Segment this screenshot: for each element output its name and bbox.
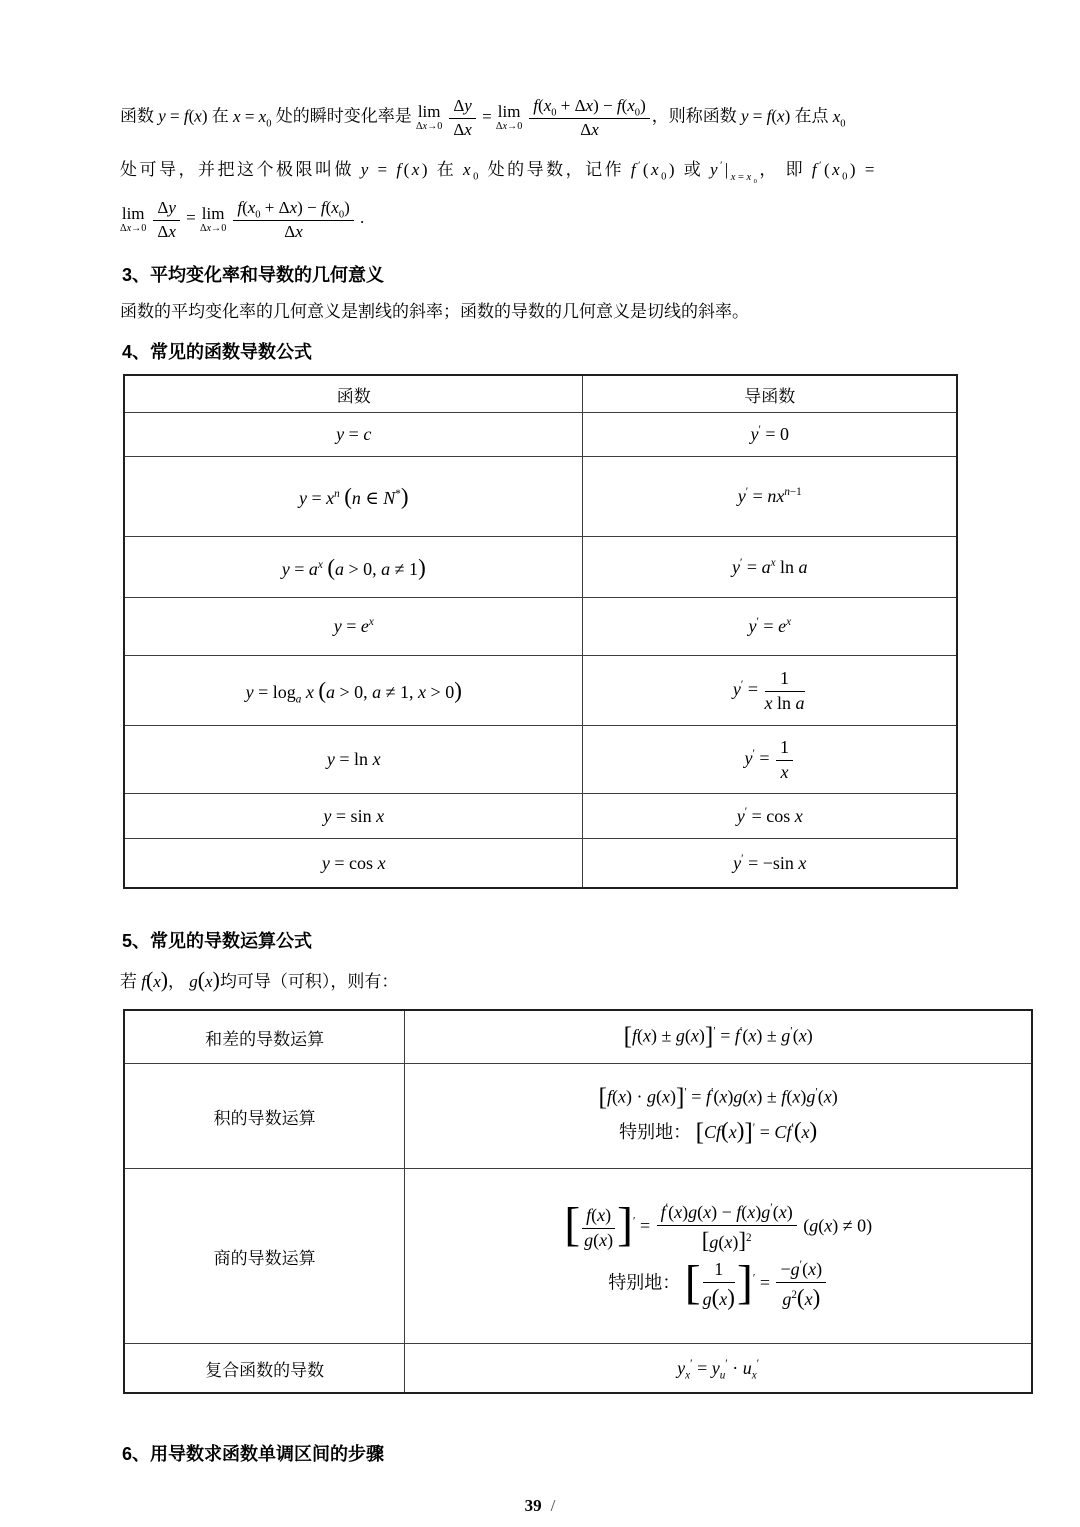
derivative-cell: y′ = ax ln a [583,537,957,598]
formula-line: [f(x) · g(x)]′ = f′(x)g(x) ± f(x)g′(x) [413,1086,1023,1111]
section-3-heading: 3、平均变化率和导数的几何意义 [122,261,1080,287]
function-cell: y = ex [124,598,583,656]
operation-label-cell: 积的导数运算 [124,1064,405,1169]
table-row: y = c y′ = 0 [124,413,957,457]
formula-line-special: 特别地： [Cf(x)]′ = Cf′(x) [413,1117,1023,1146]
function-cell: y = ax (a > 0, a ≠ 1) [124,537,583,598]
section-4-heading: 4、常见的函数导数公式 [122,338,1080,364]
intro-line-3-limit-formula: limΔx→0ΔyΔx = limΔx→0f(x0 + Δx) − f(x0)Δ… [120,198,962,241]
function-cell: y = cos x [124,839,583,889]
section-3-body: 函数的平均变化率的几何意义是割线的斜率；函数的导数的几何意义是切线的斜率。 [120,297,960,322]
table-row: 和差的导数运算 [f(x) ± g(x)]′ = f′(x) ± g′(x) [124,1010,1032,1064]
derivative-cell: y′ = ex [583,598,957,656]
derivative-cell: y′ = 1x [583,726,957,794]
operation-formula-cell: [f(x)g(x)]′ = f′(x)g(x) − f(x)g′(x)[g(x)… [405,1169,1032,1344]
function-cell: y = sin x [124,794,583,839]
section-5-heading: 5、常见的导数运算公式 [122,927,1080,953]
formula-line: [f(x)g(x)]′ = f′(x)g(x) − f(x)g′(x)[g(x)… [413,1202,1023,1253]
derivative-cell: y′ = −sin x [583,839,957,889]
table-row: y = ln x y′ = 1x [124,726,957,794]
intro-line-1: 函数 y = f(x) 在 x = x0 处的瞬时变化率是 limΔx→0ΔyΔ… [120,96,962,139]
table-row: 积的导数运算 [f(x) · g(x)]′ = f′(x)g(x) ± f(x)… [124,1064,1032,1169]
operation-formula-cell: [f(x) ± g(x)]′ = f′(x) ± g′(x) [405,1010,1032,1064]
table-row: y = ax (a > 0, a ≠ 1) y′ = ax ln a [124,537,957,598]
function-cell: y = ln x [124,726,583,794]
table-row: y = sin x y′ = cos x [124,794,957,839]
derivative-operations-table: 和差的导数运算 [f(x) ± g(x)]′ = f′(x) ± g′(x) 积… [123,1009,1033,1394]
derivative-cell: y′ = nxn−1 [583,457,957,537]
page-footer: 39/ [0,1496,1080,1516]
table-row: 商的导数运算 [f(x)g(x)]′ = f′(x)g(x) − f(x)g′(… [124,1169,1032,1344]
operation-formula-cell: [f(x) · g(x)]′ = f′(x)g(x) ± f(x)g′(x) 特… [405,1064,1032,1169]
section-5-body: 若 f(x)， g(x)均可导（可积），则有： [120,967,960,993]
table-row: y = xn (n ∈ N*) y′ = nxn−1 [124,457,957,537]
table-header-row: 函数 导函数 [124,375,957,413]
function-cell: y = c [124,413,583,457]
operation-label-cell: 商的导数运算 [124,1169,405,1344]
function-cell: y = loga x (a > 0, a ≠ 1, x > 0) [124,656,583,726]
table-row: y = ex y′ = ex [124,598,957,656]
operation-label-cell: 和差的导数运算 [124,1010,405,1064]
table-row: 复合函数的导数 yx′ = yu′ · ux′ [124,1344,1032,1394]
table-row: y = loga x (a > 0, a ≠ 1, x > 0) y′ = 1x… [124,656,957,726]
derivative-cell: y′ = cos x [583,794,957,839]
header-cell-function: 函数 [124,375,583,413]
document-page: 函数 y = f(x) 在 x = x0 处的瞬时变化率是 limΔx→0ΔyΔ… [0,0,1080,1527]
function-cell: y = xn (n ∈ N*) [124,457,583,537]
intro-paragraph: 函数 y = f(x) 在 x = x0 处的瞬时变化率是 limΔx→0ΔyΔ… [120,96,962,241]
page-content: 函数 y = f(x) 在 x = x0 处的瞬时变化率是 limΔx→0ΔyΔ… [0,0,1080,1516]
derivative-formula-table: 函数 导函数 y = c y′ = 0 y = xn (n ∈ N*) y′ =… [123,374,958,889]
header-cell-derivative: 导函数 [583,375,957,413]
derivative-cell: y′ = 1x ln a [583,656,957,726]
section-6-heading: 6、用导数求函数单调区间的步骤 [122,1440,1080,1466]
page-number: 39 [525,1496,542,1515]
page-number-separator: / [551,1496,556,1515]
operation-formula-cell: yx′ = yu′ · ux′ [405,1344,1032,1394]
operation-label-cell: 复合函数的导数 [124,1344,405,1394]
table-row: y = cos x y′ = −sin x [124,839,957,889]
formula-line-special: 特别地： [1g(x)]′ = −g′(x)g2(x) [413,1259,1023,1310]
derivative-cell: y′ = 0 [583,413,957,457]
intro-line-2: 处可导，并把这个极限叫做 y = f(x) 在 x0 处的导数，记作 f′(x0… [120,155,962,182]
